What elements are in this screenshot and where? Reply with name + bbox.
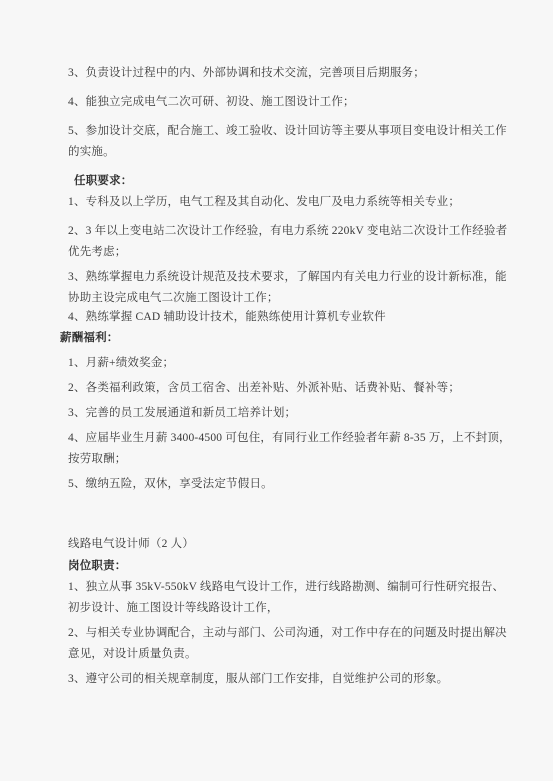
responsibility-item: 3、负责设计过程中的内、外部协调和技术交流，完善项目后期服务； [68,63,528,84]
requirement-item: 3、熟练掌握电力系统设计规范及技术要求，了解国内有关电力行业的设计新标准，能 协… [68,267,528,309]
requirement-item: 1、专科及以上学历，电气工程及其自动化、发电厂及电力系统等相关专业； [68,192,528,213]
benefit-item: 2、各类福利政策，含员工宿舍、出差补贴、外派补贴、话费补贴、餐补等； [68,378,528,399]
benefit-item: 1、月薪+绩效奖金； [68,353,528,374]
responsibility-item: 4、能独立完成电气二次可研、初设、施工图设计工作； [68,92,528,113]
job-title: 线路电气设计师（2 人） [68,534,528,555]
duty-item: 1、独立从事 35kV-550kV 线路电气设计工作，进行线路勘测、编制可行性研… [68,577,528,619]
benefit-item: 3、完善的员工发展通道和新员工培养计划； [68,403,528,424]
responsibility-item: 5、参加设计交底，配合施工、竣工验收、设计回访等主要从事项目变电设计相关工作 的… [68,121,528,163]
job-posting-document: 3、负责设计过程中的内、外部协调和技术交流，完善项目后期服务； 4、能独立完成电… [0,0,553,781]
duties-heading: 岗位职责： [68,556,528,577]
requirements-heading: 任职要求： [68,171,528,192]
requirement-item: 2、3 年以上变电站二次设计工作经验，有电力系统 220kV 变电站二次设计工作… [68,221,528,263]
requirement-item: 4、熟练掌握 CAD 辅助设计技术，能熟练使用计算机专业软件 [68,307,528,328]
benefit-item: 4、应届毕业生月薪 3400-4500 可包住，有同行业工作经验者年薪 8-35… [68,428,528,470]
benefits-heading: 薪酬福利： [60,328,528,349]
benefit-item: 5、缴纳五险，双休，享受法定节假日。 [68,474,528,495]
duty-item: 3、遵守公司的相关规章制度，服从部门工作安排，自觉维护公司的形象。 [68,669,528,690]
duty-item: 2、与相关专业协调配合，主动与部门、公司沟通，对工作中存在的问题及时提出解决 意… [68,623,528,665]
